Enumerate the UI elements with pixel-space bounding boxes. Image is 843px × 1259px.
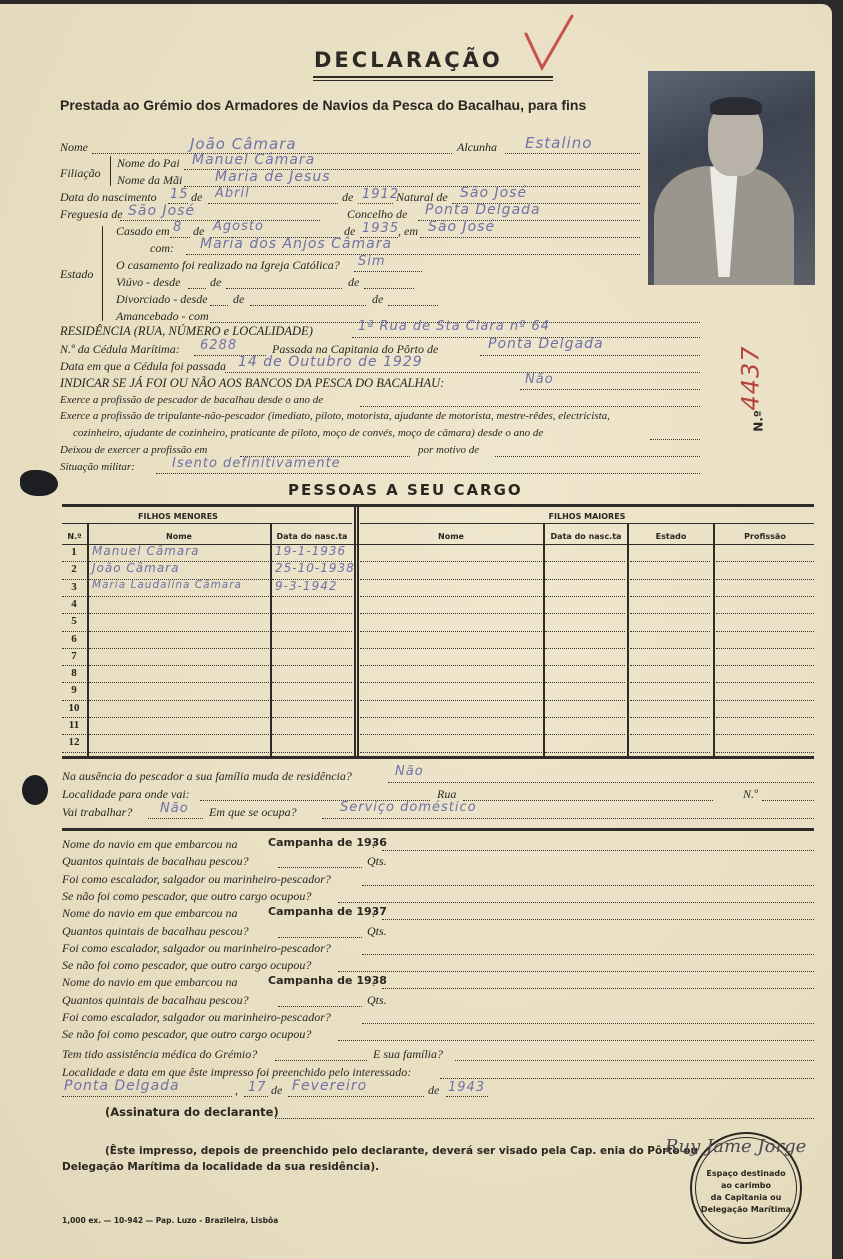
filho-menor-nome-field[interactable]: Manuel Câmara [92, 544, 200, 558]
viuvo-ano-field[interactable] [364, 288, 414, 289]
pai-field[interactable]: Manuel Câmara [192, 152, 315, 168]
cargo-label: Se não foi como pescador, que outro carg… [62, 958, 311, 973]
qts-label: Qts. [367, 924, 387, 939]
title-underline [313, 76, 553, 78]
stamp-line: Espaço destinado [692, 1168, 800, 1180]
bancos-field[interactable]: Não [525, 372, 554, 387]
cargo-field[interactable] [338, 971, 814, 972]
quintais-field[interactable] [278, 1006, 362, 1007]
row-number: 7 [63, 650, 85, 662]
com-label: com: [150, 241, 174, 256]
tripulante-label-1: Exerce a profissão de tripulante-não-pes… [60, 410, 610, 422]
nome-label: Nome [60, 140, 88, 154]
de-label: de [348, 275, 359, 290]
filho-menor-data-field[interactable]: 19-1-1936 [275, 544, 346, 558]
red-checkmark-icon [520, 12, 580, 72]
navio-field[interactable] [382, 850, 814, 851]
n-label: N.º [743, 787, 758, 802]
printer-imprint: 1,000 ex. — 10-942 — Pap. Luzo - Brazile… [62, 1216, 278, 1225]
filho-menor-data-field[interactable]: 9-3-1942 [275, 579, 337, 593]
filhos-menores-title: FILHOS MENORES [87, 512, 269, 521]
assistencia-field[interactable] [275, 1060, 367, 1061]
pai-label: Nome do Pai [117, 156, 180, 171]
row-number: 11 [63, 719, 85, 731]
viuvo-dia-field[interactable] [188, 288, 206, 289]
casado-dia-field[interactable]: 8 [173, 220, 182, 235]
row-number: 2 [63, 563, 85, 575]
declaration-page: DECLARAÇÃO Prestada ao Grémio dos Armado… [0, 4, 832, 1259]
ano-field[interactable]: 1943 [448, 1080, 485, 1095]
navio-label: Nome do navio em que embarcou na [62, 975, 238, 990]
cedula-data-label: Data em que a Cédula foi passada [60, 359, 226, 374]
registration-number: 4437 [737, 345, 765, 410]
quintais-label: Quantos quintais de bacalhau pescou? [62, 854, 249, 869]
viuvo-label: Viúvo - desde [116, 275, 180, 290]
navio-field[interactable] [382, 988, 814, 989]
familia-assistencia-label: E sua família? [373, 1047, 443, 1062]
quintais-field[interactable] [278, 937, 362, 938]
de-label: de [271, 1083, 282, 1098]
qts-label: Qts. [367, 854, 387, 869]
cargo-label: Se não foi como pescador, que outro carg… [62, 889, 311, 904]
militar-field[interactable]: Isento definitivamente [172, 456, 341, 471]
row-number: 10 [63, 702, 85, 714]
casado-ano-field[interactable]: 1935 [362, 221, 399, 236]
casado-mes-field[interactable]: Agosto [213, 219, 264, 234]
campanha-label: Campanha de 1937 [268, 905, 387, 918]
nascimento-mes-field[interactable]: Abril [215, 186, 250, 201]
de-label: de [233, 292, 244, 307]
divorciado-mes-field[interactable] [250, 305, 366, 306]
residencia-label: RESIDÊNCIA (RUA, NÚMERO e LOCALIDADE) [60, 324, 313, 339]
navio-label: Nome do navio em que embarcou na [62, 837, 238, 852]
portrait-photo [648, 71, 815, 285]
note-line-2: Delegação Marítima da localidade da sua … [62, 1161, 379, 1173]
local-field[interactable]: Ponta Delgada [64, 1078, 180, 1094]
quintais-label: Quantos quintais de bacalhau pescou? [62, 924, 249, 939]
registration-number-stamp: N.º 4437 [728, 324, 778, 434]
familia-assistencia-field[interactable] [455, 1060, 814, 1061]
row-number: 12 [63, 736, 85, 748]
filho-menor-data-field[interactable]: 25-10-1938 [275, 561, 355, 575]
cargo-field[interactable] [338, 902, 814, 903]
quintais-field[interactable] [278, 867, 362, 868]
cedula-data-field[interactable]: 14 de Outubro de 1929 [238, 354, 423, 370]
funcao-label: Foi como escalador, salgador ou marinhei… [62, 1010, 331, 1025]
row-number: 1 [63, 546, 85, 558]
navio-label: Nome do navio em que embarcou na [62, 906, 238, 921]
trabalhar-label: Vai trabalhar? [62, 805, 132, 820]
cargo-field[interactable] [338, 1040, 814, 1041]
col-header-profissao: Profissão [716, 532, 814, 541]
row-number: 4 [63, 598, 85, 610]
amancebado-label: Amancebado - com [116, 309, 209, 324]
divorciado-ano-field[interactable] [388, 305, 438, 306]
pescador-label: Exerce a profissão de pescador de bacalh… [60, 394, 323, 406]
row-number: 9 [63, 684, 85, 696]
registration-number-label: N.º [752, 410, 766, 431]
page-title: DECLARAÇÃO [314, 48, 503, 72]
col-header-data-menores: Data do nasc.ta [271, 532, 353, 541]
tripulante-label-2: cozinheiro, ajudante de cozinheiro, prat… [73, 427, 543, 439]
row-number: 3 [63, 581, 85, 593]
igreja-label: O casamento foi realizado na Igreja Cató… [116, 258, 340, 273]
cedula-field[interactable]: 6288 [200, 338, 237, 353]
n-field[interactable] [762, 800, 814, 801]
funcao-field[interactable] [362, 1023, 814, 1024]
quintais-label: Quantos quintais de bacalhau pescou? [62, 993, 249, 1008]
campanha-label: Campanha de 1936 [268, 836, 387, 849]
stamp-line: Delegação Marítima [692, 1204, 800, 1216]
row-number: 8 [63, 667, 85, 679]
concelho-label: Concelho de [347, 207, 407, 222]
cedula-label: N.º da Cédula Marítima: [60, 342, 180, 357]
subtitle: Prestada ao Grémio dos Armadores de Navi… [60, 97, 586, 113]
de-label: de [372, 292, 383, 307]
pescador-ano-field[interactable] [360, 406, 700, 407]
ausencia-field[interactable]: Não [395, 764, 424, 779]
trabalhar-field[interactable]: Não [160, 801, 189, 816]
assistencia-label: Tem tido assistência médica do Grémio? [62, 1047, 257, 1062]
funcao-field[interactable] [362, 885, 814, 886]
cargo-label: Se não foi como pescador, que outro carg… [62, 1027, 311, 1042]
campanha-label: Campanha de 1938 [268, 974, 387, 987]
official-signature: Ruy Jame Jorge [665, 1136, 806, 1157]
concelho-field[interactable]: Ponta Delgada [425, 202, 541, 218]
ocupa-label: Em que se ocupa? [209, 805, 297, 820]
alcunha-label: Alcunha [457, 140, 497, 155]
capitania-field[interactable]: Ponta Delgada [488, 336, 604, 352]
col-header-estado: Estado [630, 532, 712, 541]
col-header-n: N.º [62, 532, 87, 541]
tripulante-ano-field[interactable] [650, 439, 700, 440]
motivo-label: por motivo de [418, 444, 479, 456]
deixou-label: Deixou de exercer a profissão em [60, 444, 207, 456]
col-header-nome-maiores: Nome [360, 532, 542, 541]
freguesia-label: Freguesia de [60, 207, 123, 222]
estado-brace [102, 226, 103, 321]
col-header-data-maiores: Data do nasc.ta [545, 532, 627, 541]
filhos-maiores-title: FILHOS MAIORES [360, 512, 814, 521]
conjuge-field[interactable]: Maria dos Anjos Câmara [200, 236, 392, 252]
note-line-1: (Êste impresso, depois de preenchido pel… [105, 1145, 698, 1157]
filiacao-brace [110, 156, 111, 186]
stamp-line: da Capitania ou [692, 1192, 800, 1204]
nascimento-dia-field[interactable]: 15 [170, 187, 189, 202]
viuvo-mes-field[interactable] [226, 288, 342, 289]
natural-field[interactable]: São José [460, 185, 527, 201]
nascimento-ano-field[interactable]: 1912 [362, 187, 399, 202]
divorciado-label: Divorciado - desde [116, 292, 208, 307]
row-number: 5 [63, 615, 85, 627]
em-label: , em [398, 224, 418, 239]
filiacao-label: Filiação [60, 166, 101, 181]
funcao-label: Foi como escalador, salgador ou marinhei… [62, 872, 331, 887]
nome-field[interactable]: João Câmara [190, 135, 297, 153]
filho-menor-nome-field[interactable]: Maria Laudalina Câmara [92, 579, 242, 591]
stamp-line: ao carimbo [692, 1180, 800, 1192]
de-label: de [210, 275, 221, 290]
alcunha-field[interactable]: Estalino [525, 134, 592, 152]
bancos-label: INDICAR SE JÁ FOI OU NÃO AOS BANCOS DA P… [60, 376, 444, 391]
igreja-field[interactable]: Sim [358, 254, 386, 269]
qts-label: Qts. [367, 993, 387, 1008]
dia-field[interactable]: 17 [248, 1080, 267, 1095]
punch-hole-bottom [22, 775, 48, 805]
casado-local-field[interactable]: São José [428, 219, 495, 235]
ocupa-field[interactable]: Serviço doméstico [340, 800, 477, 815]
funcao-label: Foi como escalador, salgador ou marinhei… [62, 941, 331, 956]
mae-label: Nome da Mãi [117, 173, 182, 188]
ausencia-label: Na ausência do pescador a sua família mu… [62, 769, 352, 784]
mes-field[interactable]: Fevereiro [292, 1078, 367, 1094]
title-underline-2 [313, 80, 553, 81]
navio-field[interactable] [382, 919, 814, 920]
row-number: 6 [63, 633, 85, 645]
assinatura-field[interactable] [275, 1118, 814, 1119]
funcao-field[interactable] [362, 954, 814, 955]
casado-label: Casado em [116, 224, 170, 239]
col-header-nome-menores: Nome [88, 532, 270, 541]
punch-hole-top [20, 470, 58, 496]
localidade-label: Localidade para onde vai: [62, 787, 190, 802]
motivo-field[interactable] [495, 456, 700, 457]
residencia-field[interactable]: 1ª Rua de Sta Clara nº 64 [358, 319, 550, 334]
freguesia-field[interactable]: São José [128, 203, 195, 219]
nascimento-label: Data do nascimento [60, 190, 157, 204]
militar-label: Situação militar: [60, 461, 135, 473]
divorciado-dia-field[interactable] [210, 305, 228, 306]
de-label: de [342, 190, 353, 205]
rua-field[interactable] [463, 800, 713, 801]
de-label: de [428, 1083, 439, 1098]
estado-label: Estado [60, 267, 93, 282]
assinatura-label: (Assinatura do declarante) [105, 1105, 279, 1119]
section-title-pessoas: PESSOAS A SEU CARGO [288, 481, 523, 499]
mae-field[interactable]: Maria de Jesus [215, 169, 331, 185]
filho-menor-nome-field[interactable]: João Câmara [92, 561, 179, 575]
